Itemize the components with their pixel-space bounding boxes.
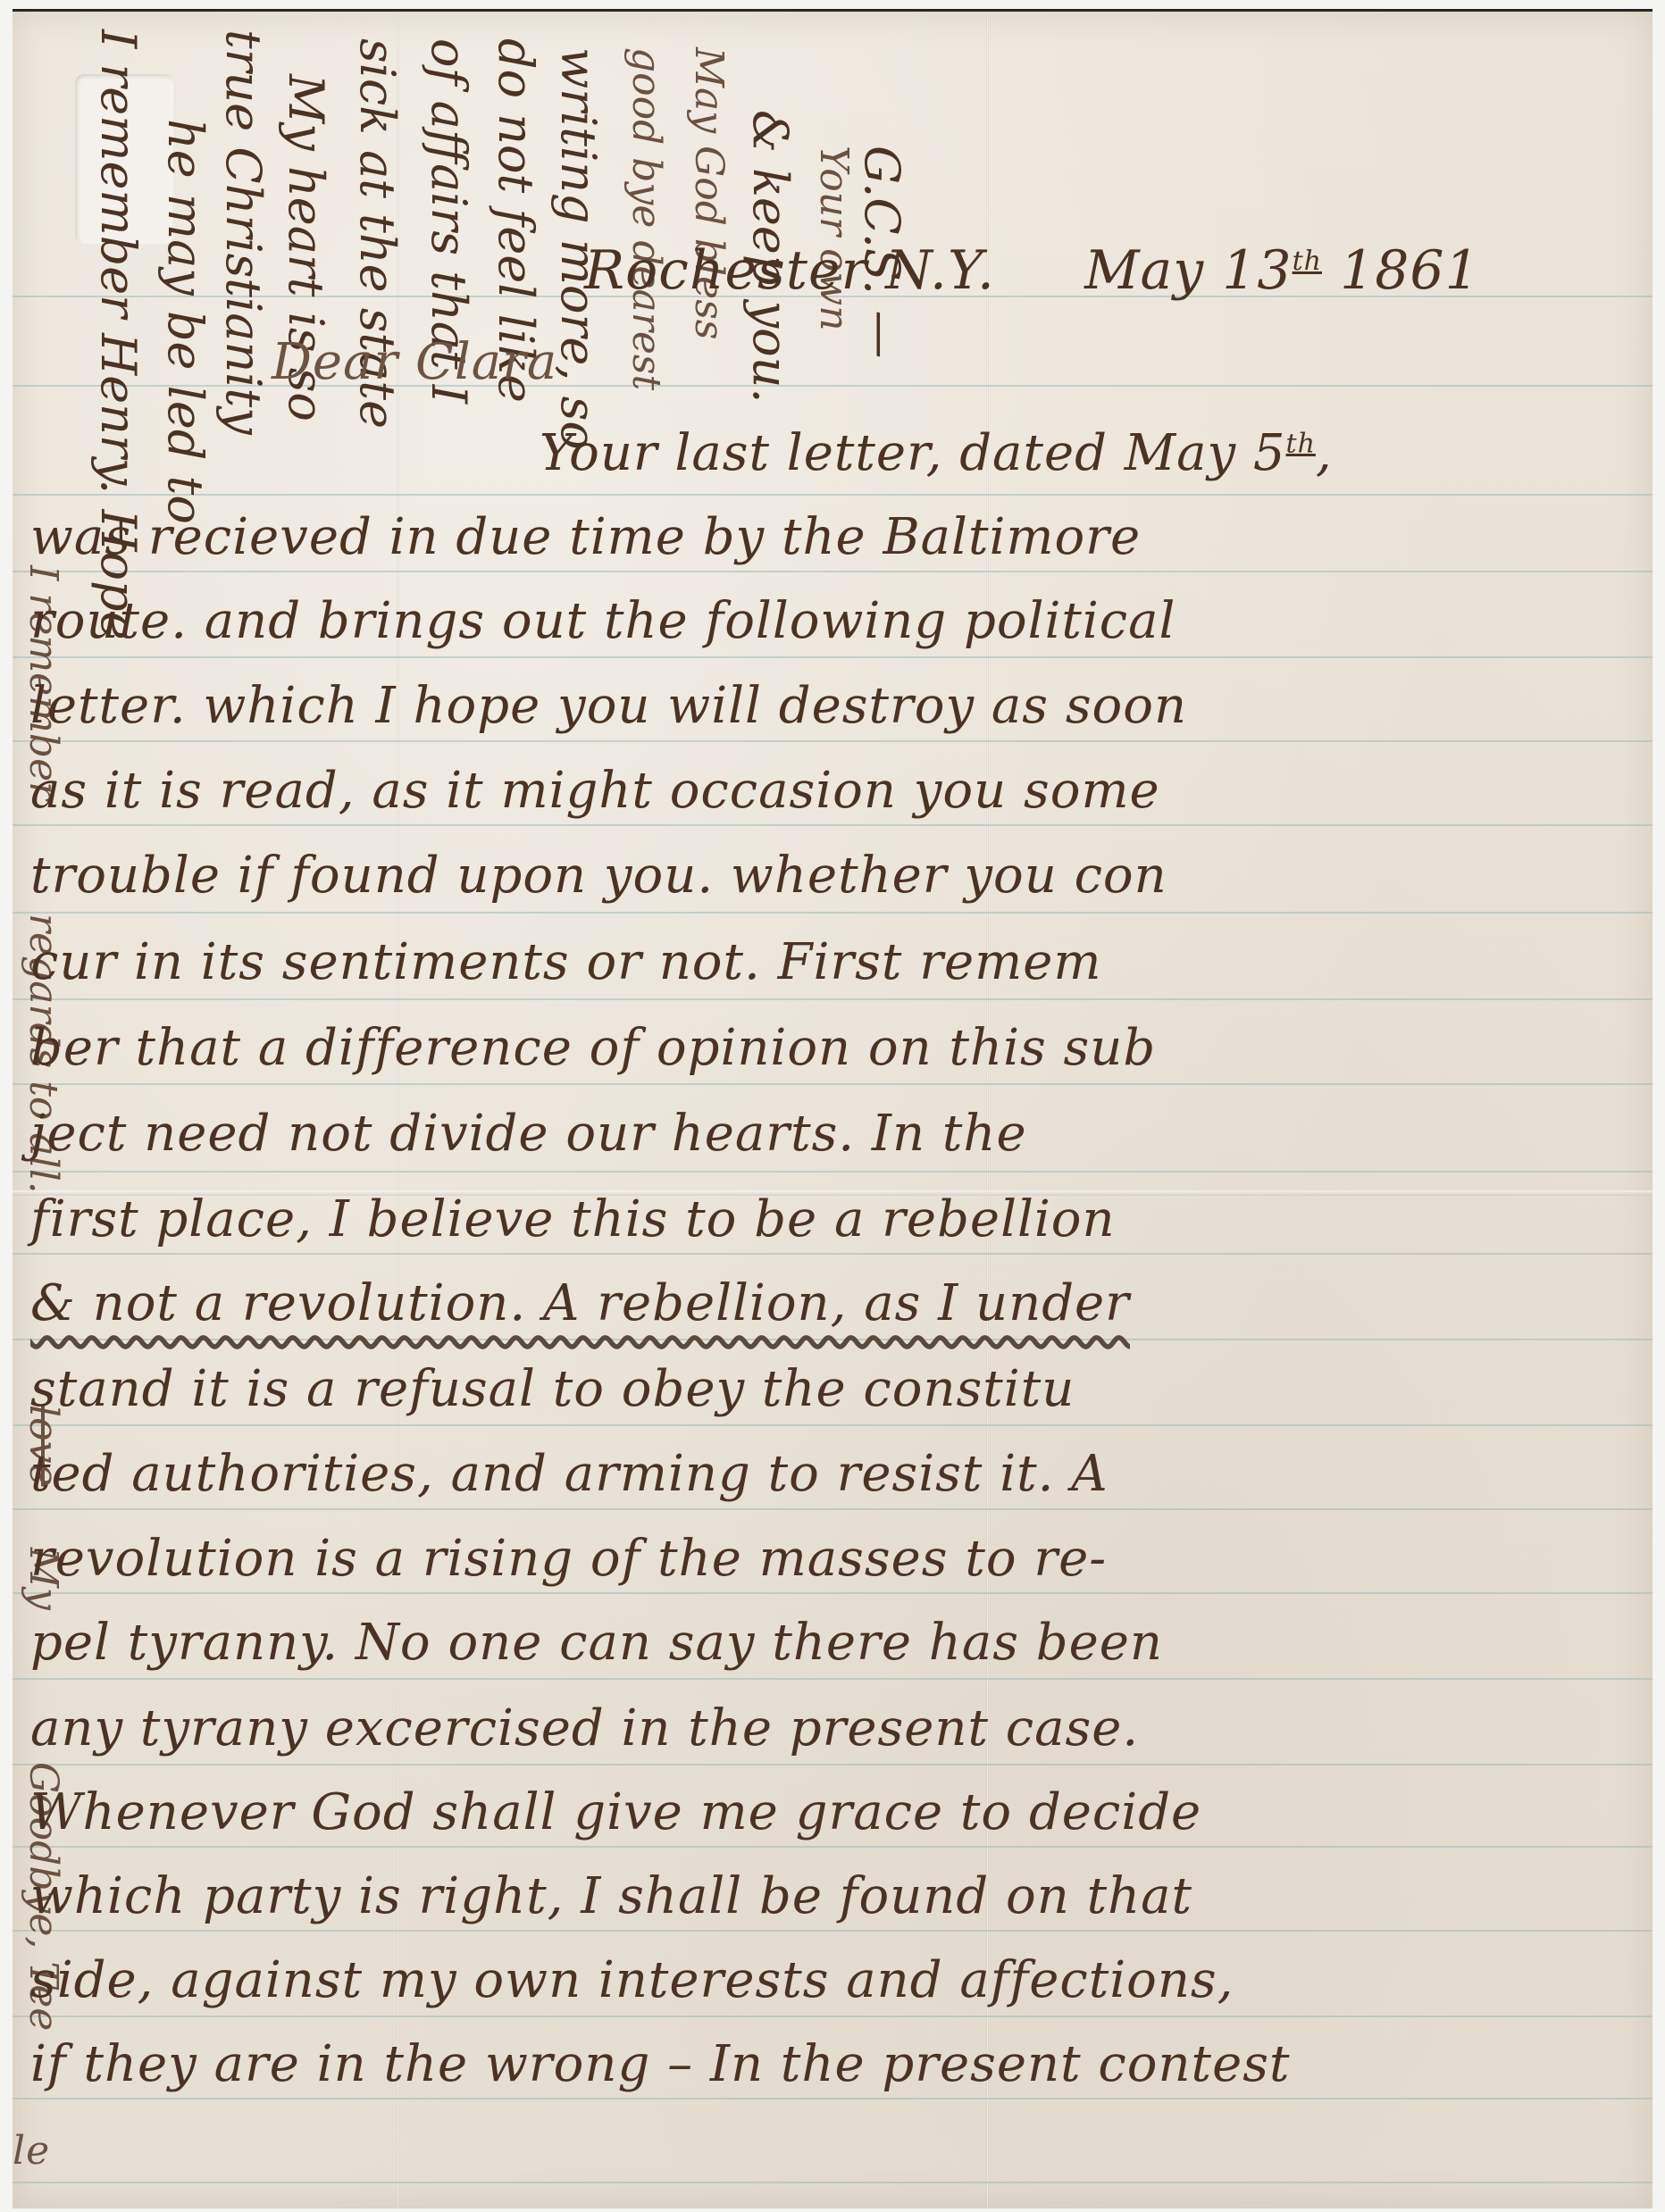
ruled-line — [13, 1930, 1652, 1932]
ruled-line — [13, 1592, 1652, 1594]
margin-edge-fragment: le — [13, 2128, 50, 2174]
body-line: route. and brings out the following poli… — [30, 592, 1176, 650]
body-line: trouble if found upon you. whether you c… — [30, 847, 1167, 905]
body-line: ted authorities, and arming to resist it… — [30, 1445, 1109, 1503]
cross-writing-column: he may be led to — [157, 119, 213, 524]
ruled-line — [13, 1083, 1652, 1085]
ruled-line — [13, 1339, 1652, 1340]
ruled-line — [13, 2016, 1652, 2017]
ruled-line — [13, 1678, 1652, 1680]
ruled-line — [13, 912, 1652, 914]
cross-writing-column: Your own — [811, 146, 857, 331]
body-line: any tyrany excercised in the present cas… — [30, 1699, 1139, 1757]
body-line: cur in its sentiments or not. First reme… — [30, 933, 1101, 991]
body-line: side, against my own interests and affec… — [30, 1951, 1234, 2009]
ruled-line — [13, 2098, 1652, 2099]
ruled-line — [13, 2182, 1652, 2183]
cross-writing-column: true Christianity — [215, 29, 272, 435]
body-line: ber that a difference of opinion on this… — [30, 1019, 1156, 1077]
place: Rochester N.Y. — [584, 239, 995, 302]
body-line: revolution is a rising of the masses to … — [30, 1530, 1107, 1588]
ruled-line — [13, 494, 1652, 496]
body-line-underlined: & not a revolution. A rebellion, as I un… — [30, 1274, 1130, 1332]
body-line: as it is read, as it might occasion you … — [30, 762, 1160, 820]
body-line: was recieved in due time by the Baltimor… — [30, 508, 1141, 566]
ruled-line — [13, 1424, 1652, 1426]
ruled-line — [13, 571, 1652, 572]
ruled-line — [13, 1171, 1652, 1173]
body-line: stand it is a refusal to obey the consti… — [30, 1360, 1075, 1418]
ruled-line — [13, 1846, 1652, 1848]
letter-heading: Rochester N.Y. May 13th 1861 — [584, 239, 1480, 302]
ruled-line — [13, 656, 1652, 658]
ruled-line — [13, 998, 1652, 1000]
letter-page: I remember Henry. Hope he may be led to … — [13, 9, 1652, 2208]
body-line: Whenever God shall give me grace to deci… — [30, 1783, 1201, 1841]
year: 1861 — [1340, 239, 1480, 302]
date-suffix: th — [1293, 246, 1322, 277]
body-line: if they are in the wrong – In the presen… — [30, 2035, 1290, 2093]
body-line: first place, I believe this to be a rebe… — [30, 1190, 1116, 1248]
salutation: Dear Clara — [272, 333, 557, 391]
date: May 13 — [1084, 239, 1293, 302]
ruled-line — [13, 1253, 1652, 1255]
body-line: ject need not divide our hearts. In the — [30, 1105, 1027, 1163]
body-line: Your last letter, dated May 5th, — [540, 424, 1333, 482]
ruled-line — [13, 1764, 1652, 1765]
body-line: which party is right, I shall be found o… — [30, 1867, 1192, 1925]
body-line: pel tyranny. No one can say there has be… — [30, 1614, 1163, 1672]
ruled-line — [13, 824, 1652, 826]
body-line: letter. which I hope you will destroy as… — [30, 677, 1187, 735]
ruled-line — [13, 740, 1652, 742]
ruled-line — [13, 1508, 1652, 1510]
cross-writing-column: good bye dearest — [623, 47, 669, 390]
